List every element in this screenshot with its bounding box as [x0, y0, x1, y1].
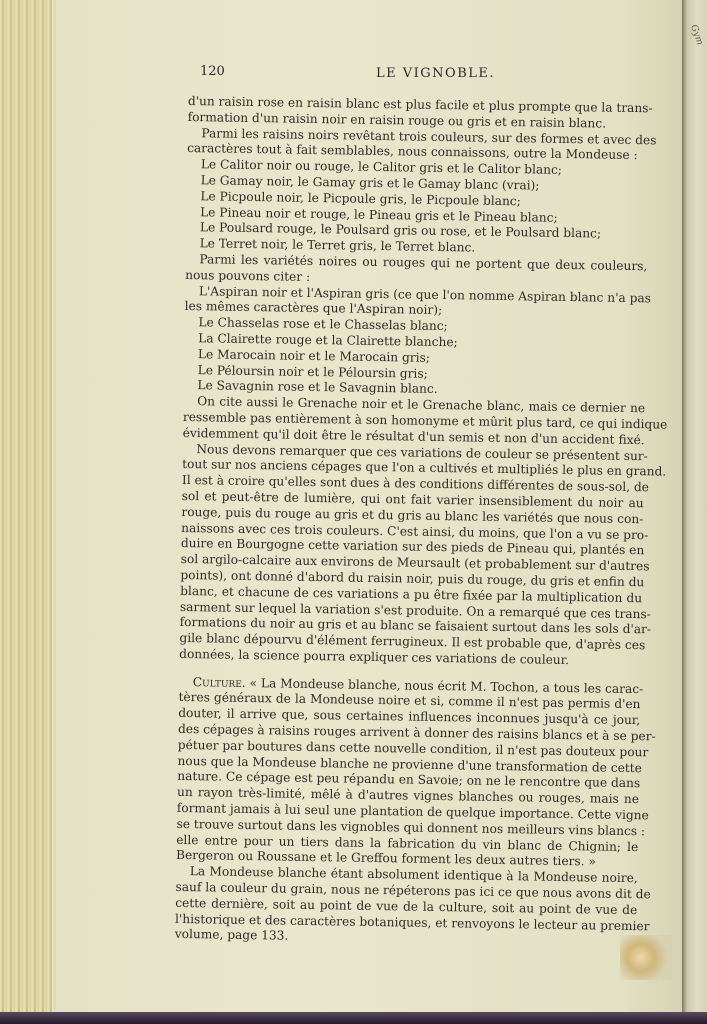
- facing-page-edge: Gym: [682, 0, 707, 1024]
- running-head-title: LE VIGNOBLE.: [376, 66, 495, 81]
- variety-list: Le Calitor noir ou rouge, le Calitor gri…: [186, 157, 649, 259]
- body-text: d'un raisin rose en raisin blanc est plu…: [175, 94, 650, 950]
- running-head: 120 LE VIGNOBLE.: [200, 64, 640, 86]
- culture-section: Culture. « La Mondeuse blanche, nous écr…: [175, 675, 641, 951]
- book-bottom-shadow: [0, 1012, 707, 1024]
- section-heading: Culture.: [193, 675, 246, 690]
- variety-list: Le Chasselas rose et le Chasselas blanc;…: [183, 315, 646, 401]
- paragraph: Nous devons remarquer que ces variations…: [179, 441, 644, 669]
- page-number: 120: [200, 64, 225, 79]
- facing-page-text-fragment: Gym: [688, 24, 705, 47]
- paragraph: On cite aussi le Grenache noir et le Gre…: [183, 394, 646, 449]
- book-page-edges: [0, 0, 56, 1014]
